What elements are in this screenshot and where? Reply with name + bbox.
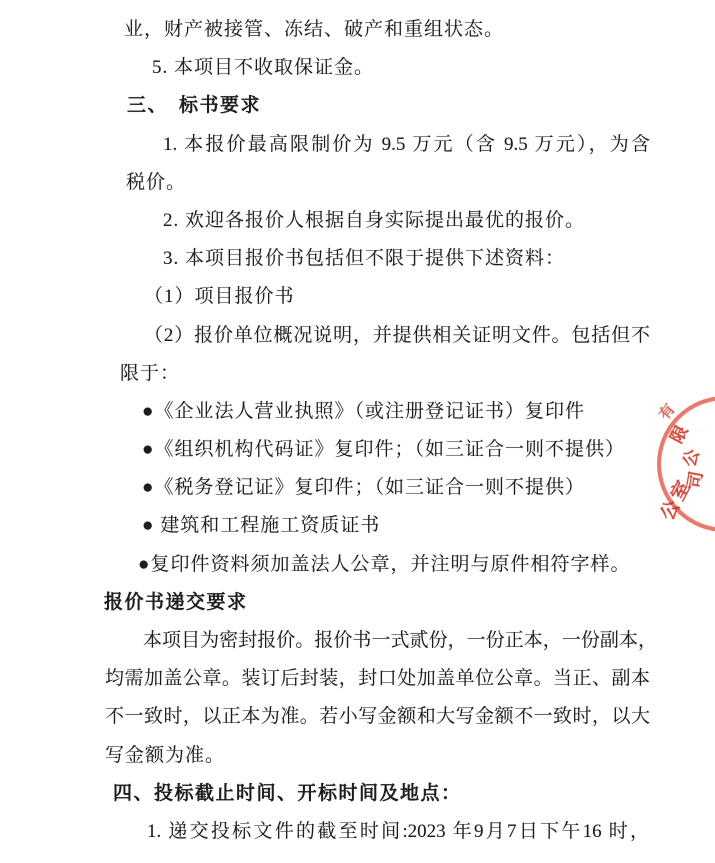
item-no-deposit: 5. 本项目不收取保证金。 — [152, 49, 715, 87]
bullet-copy-seal-note: ●复印件资料须加盖法人公章，并注明与原件相符字样。 — [138, 546, 715, 584]
subitem-company-profile-line1: （2）报价单位概况说明，并提供相关证明文件。包括但不 — [144, 317, 650, 355]
para-sealed-quote-line2: 均需加盖公章。装订后封装，封口处加盖单位公章。当正、副本 — [105, 660, 650, 698]
para-sealed-quote-line4: 写金额为准。 — [105, 737, 715, 775]
bullet-construction-qualification: ● 建筑和工程施工资质证书 — [142, 507, 715, 545]
document-body: 业，财产被接管、冻结、破产和重组状态。 5. 本项目不收取保证金。 三、 标书要… — [0, 11, 715, 851]
subitem-project-quote: （1）项目报价书 — [144, 278, 715, 316]
scanned-tender-document-page: { "page": { "background_color": "#ffffff… — [0, 0, 715, 863]
heading-bid-document-requirements: 三、 标书要求 — [127, 87, 715, 125]
item-quote-contents: 3. 本项目报价书包括但不限于提供下述资料： — [163, 240, 715, 278]
bullet-business-license: ●《企业法人营业执照》（或注册登记证书）复印件 — [142, 393, 715, 431]
item-max-price-line1: 1. 本报价最高限制价为 9.5 万元（含 9.5 万元），为含 — [163, 126, 650, 164]
heading-submission-requirements: 报价书递交要求 — [104, 584, 715, 622]
subitem-company-profile-line2: 限于： — [120, 355, 715, 393]
heading-deadline-and-location: 四、投标截止时间、开标时间及地点： — [113, 775, 715, 813]
item-welcome-quotes: 2. 欢迎各报价人根据自身实际提出最优的报价。 — [163, 202, 715, 240]
para-bankruptcy-continuation: 业，财产被接管、冻结、破产和重组状态。 — [124, 11, 715, 49]
para-sealed-quote-line3: 不一致时，以正本为准。若小写金额和大写金额不一致时，以大 — [105, 698, 650, 736]
para-sealed-quote-line1: 本项目为密封报价。报价书一式贰份，一份正本，一份副本， — [143, 622, 657, 660]
bullet-org-code-cert: ●《组织机构代码证》复印件；（如三证合一则不提供） — [142, 431, 715, 469]
item-submission-deadline: 1. 递交投标文件的截至时间:2023 年9月7日下午16 时， — [147, 813, 649, 851]
item-max-price-line2: 税价。 — [126, 164, 715, 202]
bullet-tax-registration-cert: ●《税务登记证》复印件；（如三证合一则不提供） — [142, 469, 715, 507]
